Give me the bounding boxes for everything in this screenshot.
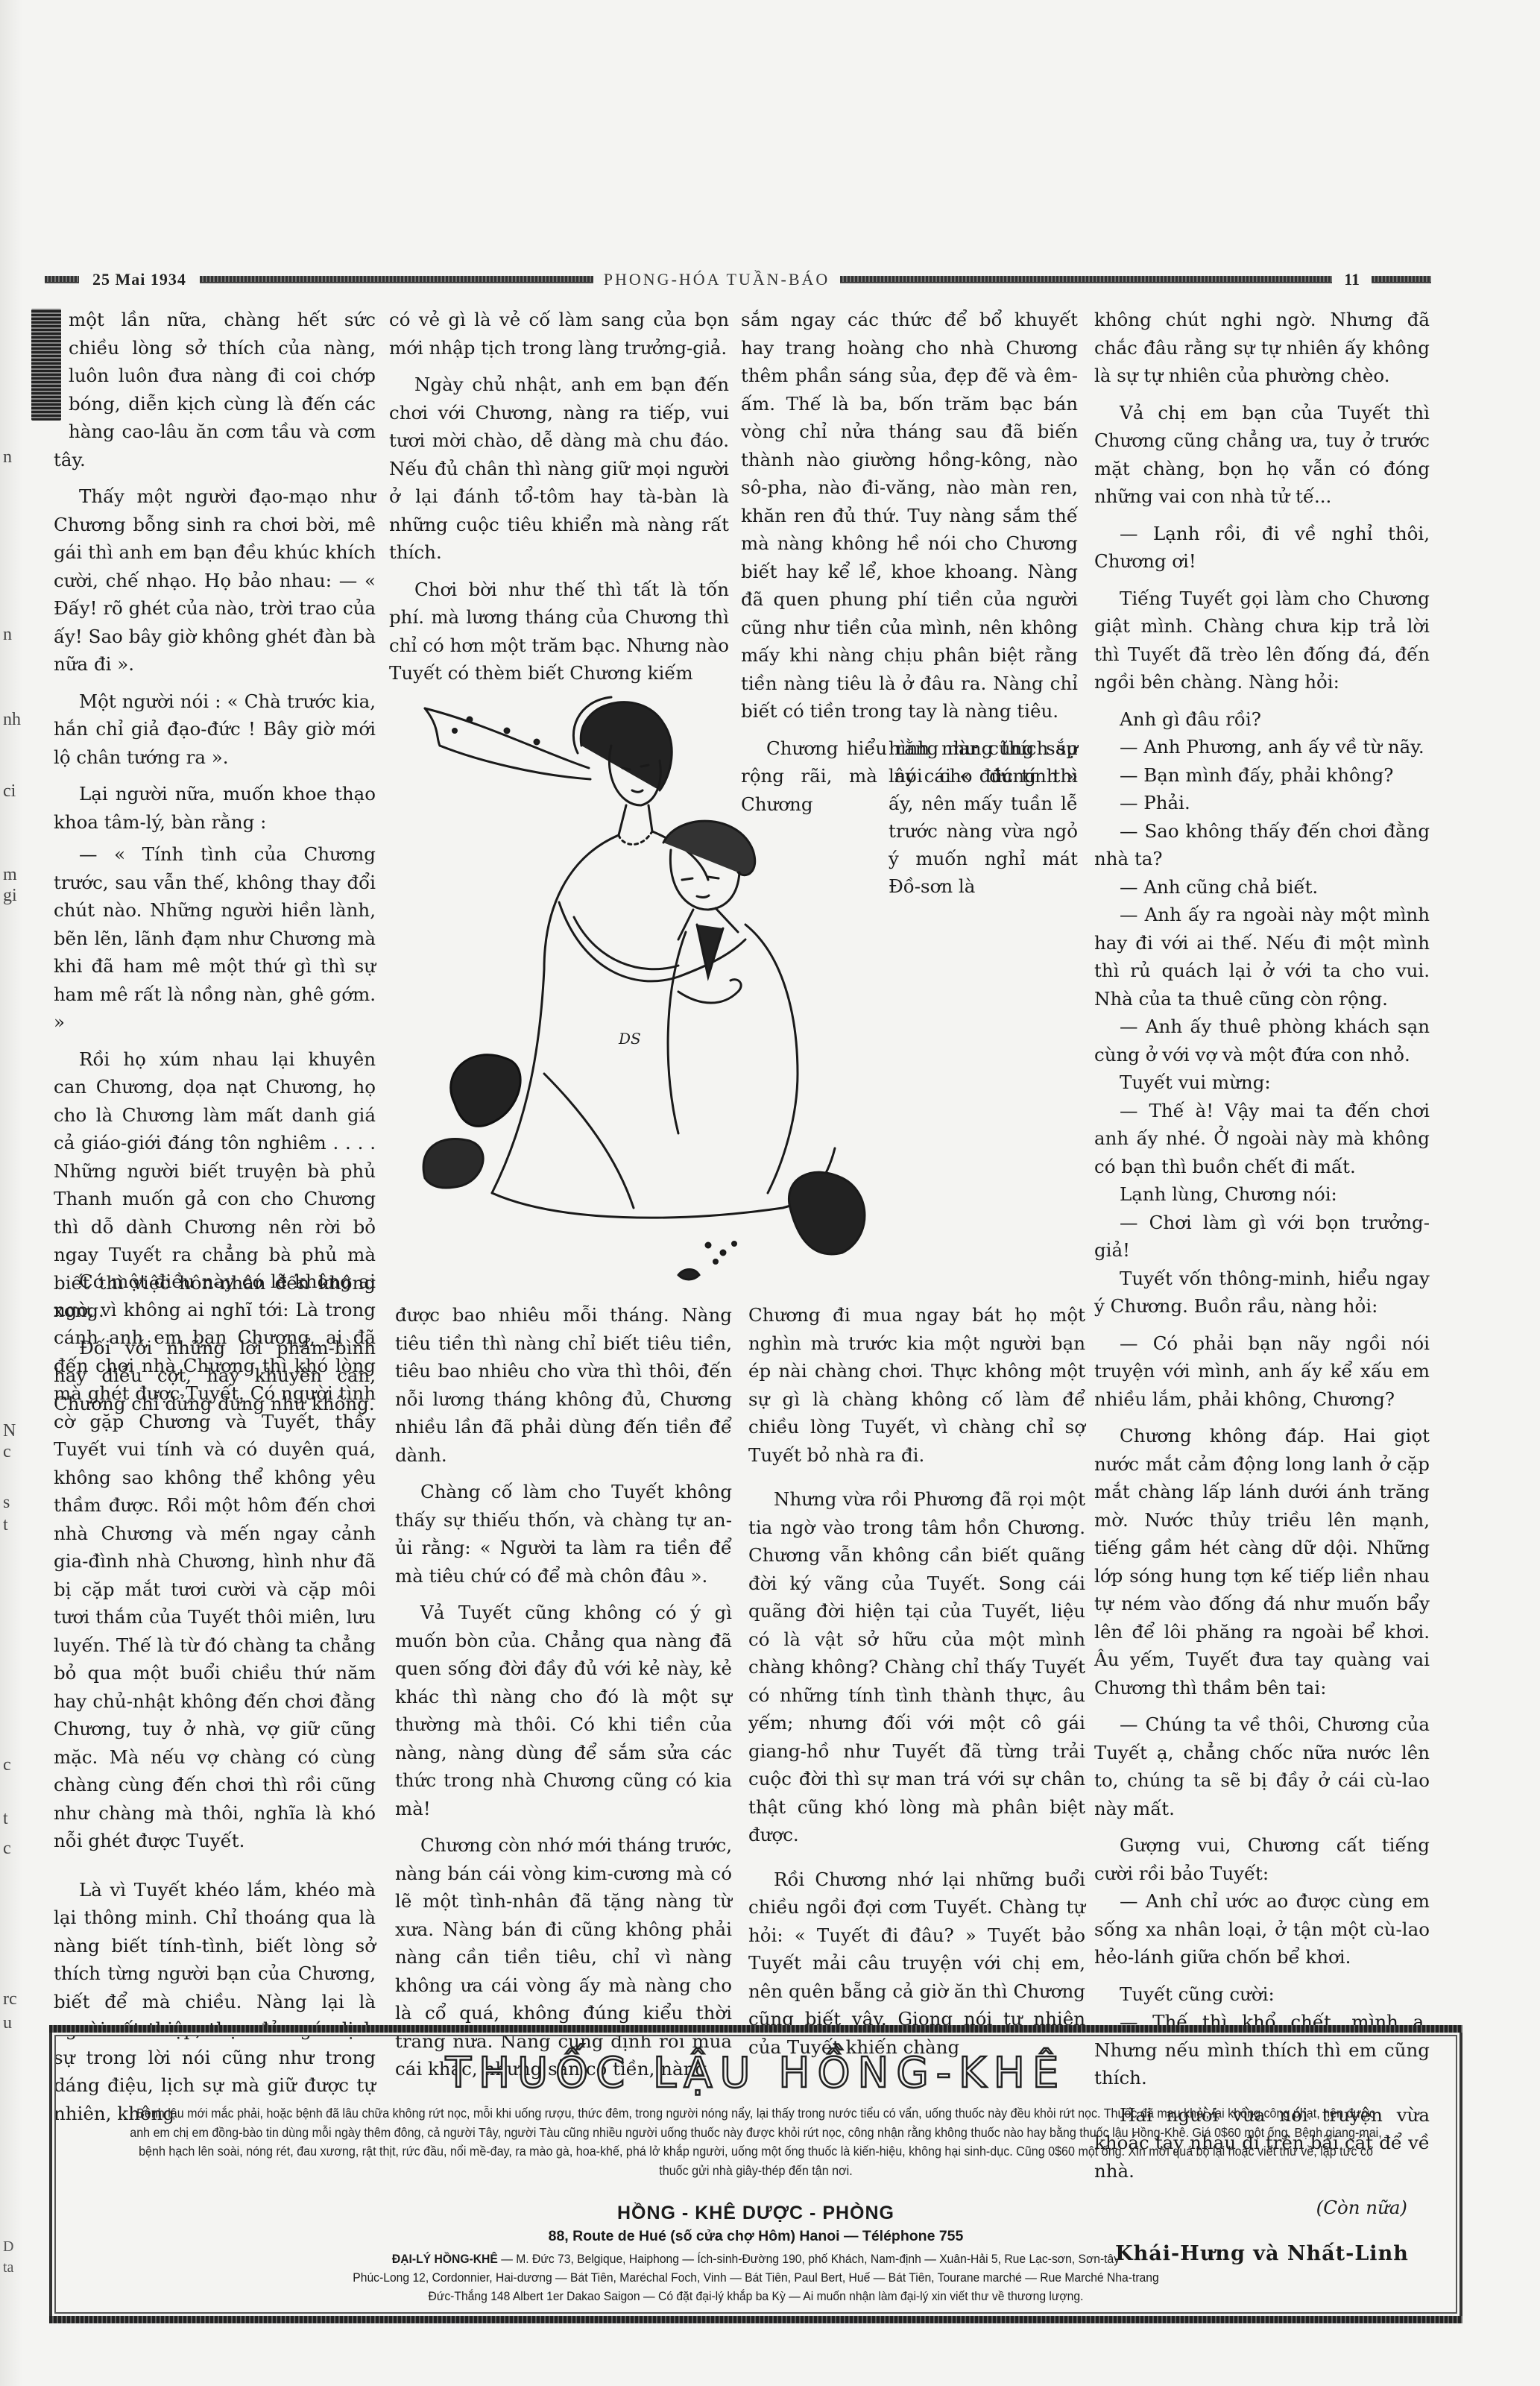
paragraph: Tuyết vốn thông-minh, hiểu ngay ý Chương… (1094, 1265, 1430, 1321)
paragraph: Chàng cố làm cho Tuyết không thấy sự thi… (395, 1478, 732, 1590)
header-rule (45, 276, 79, 283)
paragraph: Lạnh lùng, Chương nói: (1094, 1180, 1430, 1209)
margin-fragment: t (3, 1809, 8, 1829)
margin-fragment: t (3, 1515, 8, 1535)
paragraph: Lại người nữa, muốn khoe thạo khoa tâm-l… (54, 780, 376, 836)
couple-drawing-icon: DS (395, 656, 887, 1305)
margin-fragment: n (3, 625, 12, 645)
paragraph: Thấy một người đạo-mạo như Chương bỗng s… (54, 482, 376, 679)
paragraph: Ngày chủ nhật, anh em bạn đến chơi với C… (389, 371, 729, 567)
margin-fragment: gi (3, 886, 17, 906)
article-column-2: có vẻ gì là vẻ cố làm sang của bọn mới n… (389, 306, 729, 696)
paragraph: — Chúng ta về thôi, Chương của Tuyết ạ, … (1094, 1710, 1430, 1822)
ad-agents-line-3: Đức-Thắng 148 Albert 1er Dakao Saigon — … (101, 2288, 1410, 2306)
ad-company-name: HỒNG - KHÊ DƯỢC - PHÒNG (52, 2203, 1459, 2224)
paragraph: — « Tính tình của Chương trước, sau vẫn … (54, 840, 376, 1036)
article-column-2-lower: được bao nhiêu mỗi tháng. Nàng tiêu tiền… (395, 1301, 732, 2092)
paragraph: — Phải. (1094, 789, 1430, 817)
paragraph: — Anh cũng chả biết. (1094, 873, 1430, 901)
header-rule (1372, 276, 1431, 283)
paragraph: — Anh ấy thuê phòng khách sạn cùng ở với… (1094, 1013, 1430, 1068)
ad-border-rule (49, 2025, 1462, 2033)
paragraph: Vả chị em bạn của Tuyết thì Chương cũng … (1094, 399, 1430, 511)
margin-fragment: s (3, 1493, 10, 1513)
paragraph: — Anh Phương, anh ấy về từ nãy. (1094, 733, 1430, 761)
paragraph: — Có phải bạn nãy ngồi nói truyện với mì… (1094, 1329, 1430, 1414)
margin-fragment: c (3, 1755, 11, 1775)
margin-fragment: rc (3, 1989, 17, 2009)
margin-fragment: ta (3, 2259, 13, 2276)
artist-signature: DS (618, 1030, 641, 1048)
paragraph: Tiếng Tuyết gọi làm cho Chương giật mình… (1094, 585, 1430, 696)
paragraph: Chương không đáp. Hai giọt nước mắt cảm … (1094, 1422, 1430, 1702)
header-rule (840, 276, 1332, 283)
paragraph: — Anh chỉ ước ao được cùng em sống xa nh… (1094, 1887, 1430, 1971)
ad-address: 88, Route de Hué (số cửa chợ Hôm) Hanoi … (52, 2228, 1459, 2245)
margin-fragment: m (3, 865, 17, 885)
article-column-3-wrap: hình như cũng sắp lây cái « đức tính » ấ… (889, 734, 1078, 909)
margin-fragment: D (3, 2238, 13, 2256)
issue-date: 25 Mai 1934 (92, 270, 186, 289)
paragraph: Anh gì đâu rồi? (1094, 705, 1430, 734)
margin-fragment: ci (3, 781, 16, 802)
margin-fragment: c (3, 1442, 11, 1462)
paragraph: được bao nhiêu mỗi tháng. Nàng tiêu tiền… (395, 1301, 732, 1469)
article-column-1-lower: Có một điều này có lẽ không ai ngờ, vì k… (54, 1268, 376, 2136)
ad-title: THUỐC LẬU HỒNG-KHÊ (52, 2049, 1459, 2097)
ad-border-rule (49, 2316, 1462, 2323)
article-column-4: không chút nghi ngờ. Nhưng đã chắc đâu r… (1094, 306, 1430, 2276)
paragraph: — Lạnh rồi, đi về nghỉ thôi, Chương ơi! (1094, 520, 1430, 576)
paragraph: Chương đi mua ngay bát họ một nghìn mà t… (748, 1301, 1085, 1469)
ad-agents-line-2: Phúc-Long 12, Cordonnier, Hai-dương — Bá… (101, 2269, 1410, 2288)
publication-title: PHONG-HÓA TUẦN-BÁO (604, 270, 830, 289)
paragraph: — Chơi làm gì với bọn trưởng-giả! (1094, 1209, 1430, 1265)
article-column-1: Mmột lần nữa, chàng hết sức chiều lòng s… (54, 306, 376, 1426)
paragraph: Gượng vui, Chương cất tiếng cười rồi bảo… (1094, 1831, 1430, 1887)
page-header: 25 Mai 1934 PHONG-HÓA TUẦN-BÁO 11 (45, 268, 1431, 291)
paragraph: Tuyết vui mừng: (1094, 1068, 1430, 1097)
ad-agents: ĐẠI-LÝ HỒNG-KHÊ — M. Đức 73, Belgique, H… (101, 2250, 1410, 2306)
paragraph: Một người nói : « Chà trước kia, hắn chỉ… (54, 687, 376, 772)
paragraph: Tuyết cũng cười: (1094, 1980, 1430, 2009)
page-number: 11 (1344, 270, 1360, 289)
paragraph: — Anh ấy ra ngoài này một mình hay đi vớ… (1094, 901, 1430, 1013)
ad-agents-line-1: ĐẠI-LÝ HỒNG-KHÊ — M. Đức 73, Belgique, H… (101, 2250, 1410, 2269)
paragraph: có vẻ gì là vẻ cố làm sang của bọn mới n… (389, 306, 729, 362)
paragraph: không chút nghi ngờ. Nhưng đã chắc đâu r… (1094, 306, 1430, 390)
margin-fragment: nh (3, 710, 21, 730)
paragraph: Nhưng vừa rồi Phương đã rọi một tia ngờ … (748, 1485, 1085, 1849)
header-rule (200, 276, 593, 283)
paragraph: — Sao không thấy đến chơi đằng nhà ta? (1094, 817, 1430, 873)
ornamental-initial: M (31, 309, 61, 421)
advertisement-box: THUỐC LẬU HỒNG-KHÊ Bệnh lậu mới mắc phải… (49, 2030, 1462, 2319)
margin-fragment: n (3, 447, 12, 468)
paragraph: — Thế à! Vậy mai ta đến chơi anh ấy nhé.… (1094, 1097, 1430, 1181)
article-column-3-lower: Chương đi mua ngay bát họ một nghìn mà t… (748, 1301, 1085, 2070)
margin-fragment: N (3, 1421, 16, 1441)
margin-fragment: c (3, 1839, 11, 1859)
paragraph: Vả Tuyết cũng không có ý gì muốn bòn của… (395, 1599, 732, 1822)
paragraph: Có một điều này có lẽ không ai ngờ, vì k… (54, 1268, 376, 1855)
paragraph: hình như cũng sắp lây cái « đức tính » ấ… (889, 734, 1078, 900)
paragraph: Mmột lần nữa, chàng hết sức chiều lòng s… (54, 306, 376, 473)
story-illustration: DS (395, 656, 887, 1305)
margin-fragment: u (3, 2013, 12, 2033)
ad-body: Bệnh lậu mới mắc phải, hoặc bệnh đã lâu … (129, 2104, 1383, 2180)
paragraph: — Bạn mình đấy, phải không? (1094, 761, 1430, 790)
